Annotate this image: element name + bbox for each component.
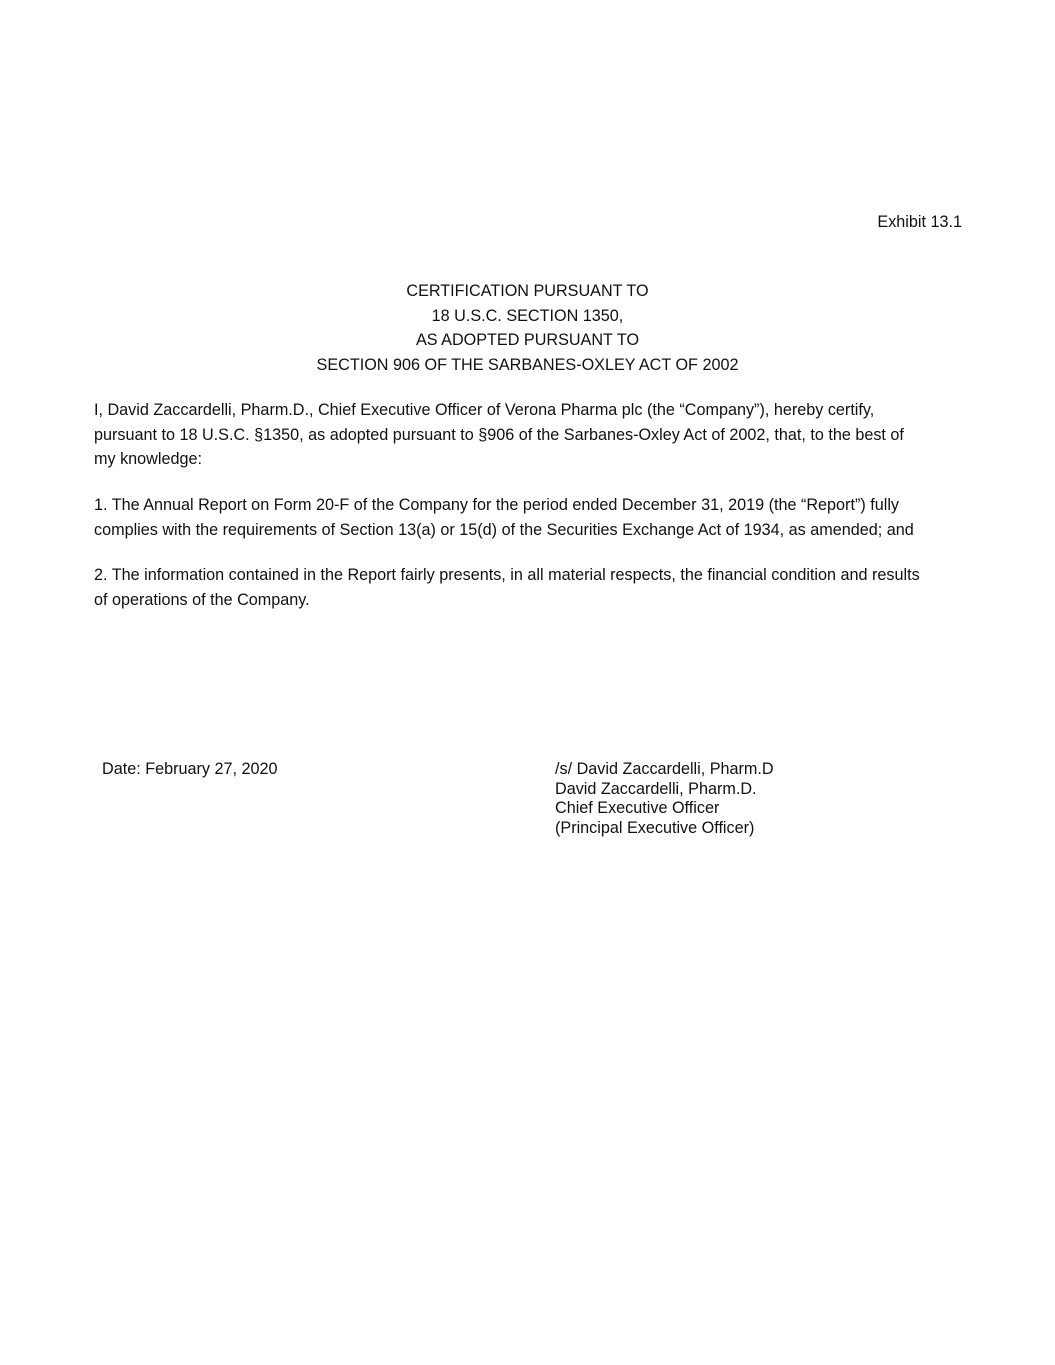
signatory-title: Chief Executive Officer <box>555 799 774 819</box>
text-line: pursuant to 18 U.S.C. §1350, as adopted … <box>94 423 974 448</box>
signatory-name: David Zaccardelli, Pharm.D. <box>555 780 774 800</box>
text-line: I, David Zaccardelli, Pharm.D., Chief Ex… <box>94 398 974 423</box>
text-line: 1. The Annual Report on Form 20-F of the… <box>94 493 974 518</box>
title-line: SECTION 906 OF THE SARBANES-OXLEY ACT OF… <box>0 353 1055 378</box>
certification-item-1: 1. The Annual Report on Form 20-F of the… <box>94 493 974 542</box>
intro-paragraph: I, David Zaccardelli, Pharm.D., Chief Ex… <box>94 398 974 472</box>
text-line: complies with the requirements of Sectio… <box>94 518 974 543</box>
exhibit-label: Exhibit 13.1 <box>877 213 962 232</box>
title-line: 18 U.S.C. SECTION 1350, <box>0 304 1055 329</box>
signature-signed: /s/ David Zaccardelli, Pharm.D <box>555 760 774 780</box>
title-line: AS ADOPTED PURSUANT TO <box>0 328 1055 353</box>
signatory-role: (Principal Executive Officer) <box>555 819 774 839</box>
text-line: my knowledge: <box>94 447 974 472</box>
signature-block: /s/ David Zaccardelli, Pharm.D David Zac… <box>555 760 774 839</box>
text-line: 2. The information contained in the Repo… <box>94 563 974 588</box>
document-title: CERTIFICATION PURSUANT TO 18 U.S.C. SECT… <box>0 279 1055 378</box>
date-line: Date: February 27, 2020 <box>102 760 277 779</box>
certification-item-2: 2. The information contained in the Repo… <box>94 563 974 612</box>
text-line: of operations of the Company. <box>94 588 974 613</box>
title-line: CERTIFICATION PURSUANT TO <box>0 279 1055 304</box>
